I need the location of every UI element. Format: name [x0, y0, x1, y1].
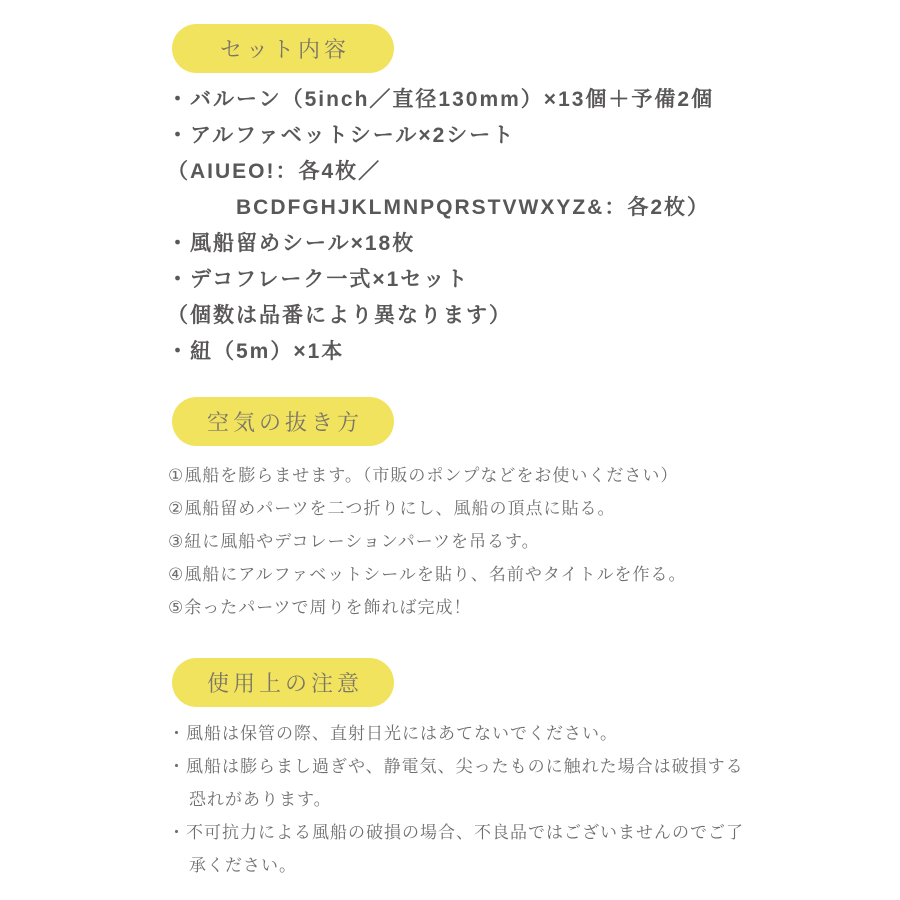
set-item-note-continuation: BCDFGHJKLMNPQRSTVWXYZ&：各2枚）: [167, 190, 714, 226]
precautions-list: ・風船は保管の際、直射日光にはあてないでください。 ・風船は膨らまし過ぎや、静電…: [168, 717, 744, 882]
section-title-set-contents: セット内容: [216, 33, 350, 64]
step-item: ④風船にアルファベットシールを貼り、名前やタイトルを作る。: [168, 558, 687, 591]
precaution-item-continuation: 恐れがあります。: [168, 783, 744, 816]
set-item-note: （個数は品番により異なります）: [167, 298, 714, 334]
product-info-sheet: セット内容 ・バルーン（5inch／直径130mm）×13個＋予備2個 ・アルフ…: [0, 0, 900, 900]
set-item: ・アルファベットシール×2シート: [167, 118, 714, 154]
set-item: ・風船留めシール×18枚: [167, 226, 714, 262]
precaution-item: ・風船は膨らまし過ぎや、静電気、尖ったものに触れた場合は破損する: [168, 750, 744, 783]
section-title-precautions: 使用上の注意: [203, 667, 363, 698]
step-item: ③紐に風船やデコレーションパーツを吊るす。: [168, 525, 687, 558]
step-item: ②風船留めパーツを二つ折りにし、風船の頂点に貼る。: [168, 492, 687, 525]
section-header-precautions: 使用上の注意: [172, 658, 394, 707]
step-item: ⑤余ったパーツで周りを飾れば完成！: [168, 591, 687, 624]
section-header-set-contents: セット内容: [172, 24, 394, 73]
set-item: ・デコフレーク一式×1セット: [167, 262, 714, 298]
precaution-item: ・風船は保管の際、直射日光にはあてないでください。: [168, 717, 744, 750]
set-item: ・紐（5m）×1本: [167, 334, 714, 370]
set-item-note: （AIUEO!：各4枚／: [167, 154, 714, 190]
precaution-item: ・不可抗力による風船の破損の場合、不良品ではございませんのでご了: [168, 816, 744, 849]
instruction-steps-list: ①風船を膨らませます。（市販のポンプなどをお使いください） ②風船留めパーツを二…: [168, 459, 687, 624]
set-item: ・バルーン（5inch／直径130mm）×13個＋予備2個: [167, 82, 714, 118]
step-item: ①風船を膨らませます。（市販のポンプなどをお使いください）: [168, 459, 687, 492]
section-header-how-to-deflate: 空気の抜き方: [172, 397, 394, 446]
set-contents-list: ・バルーン（5inch／直径130mm）×13個＋予備2個 ・アルファベットシー…: [167, 82, 714, 370]
section-title-how-to-deflate: 空気の抜き方: [203, 406, 363, 437]
precaution-item-continuation: 承ください。: [168, 849, 744, 882]
